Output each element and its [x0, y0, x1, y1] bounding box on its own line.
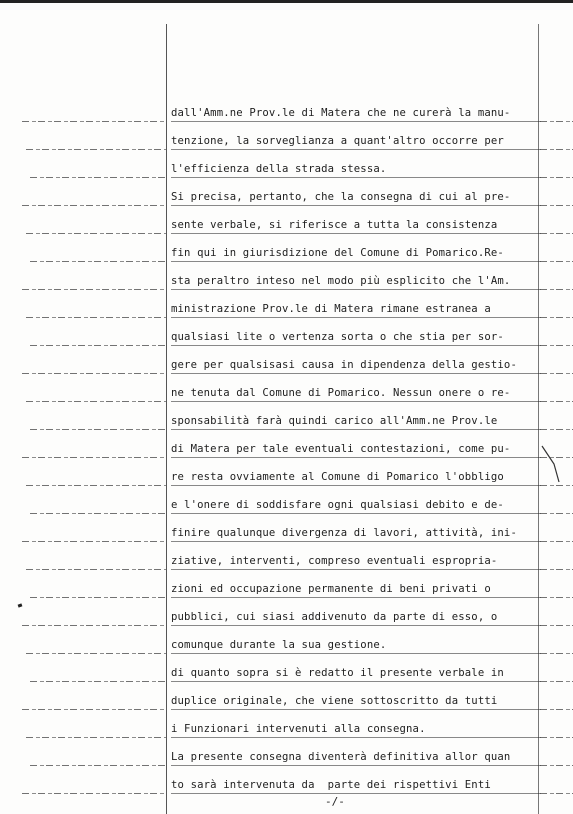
right-ruled-line — [540, 569, 573, 570]
text-line: di quanto sopra si è redatto il presente… — [171, 665, 541, 682]
text-line: sente verbale, si riferisce a tutta la c… — [171, 217, 541, 234]
left-ruled-line — [26, 737, 166, 738]
left-ruled-line — [30, 513, 166, 514]
text-line: re resta ovviamente al Comune di Pomaric… — [171, 469, 541, 486]
left-ruled-line — [22, 289, 166, 290]
left-ruled-line — [26, 569, 166, 570]
right-ruled-line — [540, 205, 573, 206]
left-ruled-line — [26, 317, 166, 318]
text-line: ziative, interventi, compreso eventuali … — [171, 553, 541, 570]
text-line: tenzione, la sorveglianza a quant'altro … — [171, 133, 541, 150]
right-ruled-line — [540, 317, 573, 318]
left-ruled-line — [30, 177, 166, 178]
text-line: to sarà intervenuta da parte dei rispett… — [171, 777, 541, 794]
text-line: Si precisa, pertanto, che la consegna di… — [171, 189, 541, 206]
left-ruled-line — [26, 485, 166, 486]
left-ruled-line — [22, 205, 166, 206]
left-ruled-line — [30, 345, 166, 346]
right-ruled-line — [540, 597, 573, 598]
left-ruled-line — [22, 373, 166, 374]
text-line: ne tenuta dal Comune di Pomarico. Nessun… — [171, 385, 541, 402]
left-ruled-line — [30, 429, 166, 430]
text-line: gere per qualsisasi causa in dipendenza … — [171, 357, 541, 374]
left-ruled-line — [22, 121, 166, 122]
right-ruled-line — [540, 149, 573, 150]
text-line: pubblici, cui siasi addivenuto da parte … — [171, 609, 541, 626]
left-ruled-line — [30, 261, 166, 262]
right-ruled-line — [540, 345, 573, 346]
right-ruled-line — [540, 513, 573, 514]
right-ruled-line — [540, 289, 573, 290]
right-ruled-line — [540, 541, 573, 542]
left-ruled-line — [26, 653, 166, 654]
text-line: dall'Amm.ne Prov.le di Matera che ne cur… — [171, 105, 541, 122]
text-line: zioni ed occupazione permanente di beni … — [171, 581, 541, 598]
text-line: duplice originale, che viene sottoscritt… — [171, 693, 541, 710]
right-ruled-line — [540, 233, 573, 234]
text-line: di Matera per tale eventuali contestazio… — [171, 441, 541, 458]
right-ruled-line — [540, 429, 573, 430]
text-line: qualsiasi lite o vertenza sorta o che st… — [171, 329, 541, 346]
right-ruled-line — [540, 765, 573, 766]
right-ruled-line — [540, 401, 573, 402]
right-ruled-line — [540, 121, 573, 122]
text-line: fin qui in giurisdizione del Comune di P… — [171, 245, 541, 262]
ink-speck — [18, 603, 23, 607]
text-line: sta peraltro inteso nel modo più esplici… — [171, 273, 541, 290]
text-line: e l'onere di soddisfare ogni qualsiasi d… — [171, 497, 541, 514]
right-ruled-line — [540, 373, 573, 374]
left-ruled-line — [22, 709, 166, 710]
left-margin-line — [166, 24, 167, 814]
right-ruled-line — [540, 681, 573, 682]
left-ruled-line — [22, 793, 166, 794]
left-ruled-line — [22, 625, 166, 626]
left-ruled-line — [30, 681, 166, 682]
left-ruled-line — [22, 541, 166, 542]
text-line: comunque durante la sua gestione. — [171, 637, 541, 654]
right-ruled-line — [540, 625, 573, 626]
right-ruled-line — [540, 261, 573, 262]
left-ruled-line — [26, 401, 166, 402]
right-ruled-line — [540, 737, 573, 738]
pen-mark-icon — [540, 444, 562, 486]
text-line: i Funzionari intervenuti alla consegna. — [171, 721, 541, 738]
left-ruled-line — [30, 597, 166, 598]
right-ruled-line — [540, 793, 573, 794]
text-line: l'efficienza della strada stessa. — [171, 161, 541, 178]
left-ruled-line — [22, 457, 166, 458]
text-line: finire qualunque divergenza di lavori, a… — [171, 525, 541, 542]
page-continuation-mark: -/- — [325, 795, 345, 808]
text-line: sponsabilità farà quindi carico all'Amm.… — [171, 413, 541, 430]
text-line: ministrazione Prov.le di Matera rimane e… — [171, 301, 541, 318]
text-line: La presente consegna diventerà definitiv… — [171, 749, 541, 766]
right-ruled-line — [540, 653, 573, 654]
left-ruled-line — [30, 765, 166, 766]
left-ruled-line — [26, 233, 166, 234]
left-ruled-line — [26, 149, 166, 150]
right-ruled-line — [540, 177, 573, 178]
right-ruled-line — [540, 709, 573, 710]
scan-top-edge — [0, 0, 573, 3]
